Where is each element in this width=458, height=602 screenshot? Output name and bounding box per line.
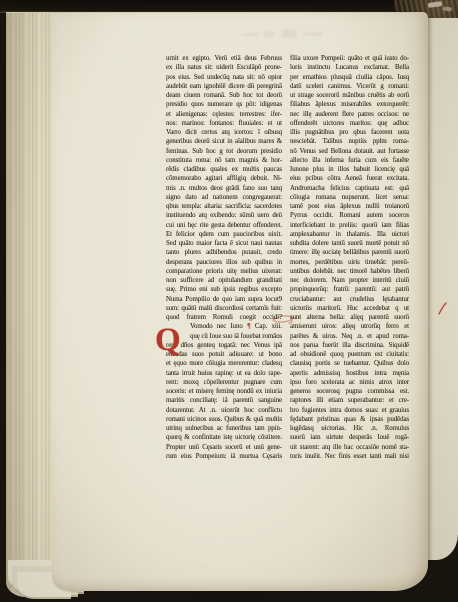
book-photo: Q urnit ex egipto. Verū etiā deus Februu… (0, 0, 458, 602)
text-line: allecto illa inferna furia cum eis fauēt… (290, 156, 409, 165)
text-line: raptores illi etiam superabantur: et cre… (290, 396, 409, 405)
text-line: parētes & uiros. Neq .n. et apud roma- (290, 332, 409, 341)
text-line: quę cū Ioue suo iā fouebat romāos (166, 332, 282, 341)
text-line: audebūt eam ignobilē dicere dū peregrinā (166, 82, 282, 91)
text-line: urnit ex egipto. Verū etiā deus Februus (166, 54, 282, 63)
text-line: fędabant pristinas quas & ipsas pudēdas (290, 415, 409, 424)
text-line: suę. Primo eni sub ipsis regibus excepto (166, 285, 282, 294)
text-line: romani uicinos suos. Quibus & quā multis (166, 415, 282, 424)
next-leaf-edge (425, 18, 458, 560)
text-line: et alienigenas: cęlestes: terrestres: if… (166, 110, 282, 119)
text-line: amiserunt uiros: alięq utrorūq ferro et (290, 322, 409, 331)
text-line: signo dato ad nationem congregauerat: (166, 193, 282, 202)
text-line: untibus dolebāt. nec timorē habētes libe… (290, 267, 409, 276)
text-line: sum: quātū malū discordiosi certamīs fui… (166, 304, 282, 313)
text-line: rerū dños genteq togatā: nec Venus ipā (166, 341, 282, 350)
text-line: et ęquo more cōiugia mererentur: cladesq (166, 359, 282, 368)
text-line: nō Venus sed Bellona dotauit. aut fortas… (290, 147, 409, 156)
text-line: quorq & confinitate istę uictorię cōstit… (166, 433, 282, 442)
text-line: Iunone plus in illos habuit licencię quā (290, 165, 409, 174)
text-line: nesciebāt. Talibus nuptiis pplm roma- (290, 137, 409, 146)
text-line: comparatione prioris uitę melius uixerat… (166, 267, 282, 276)
text-line: instituendo atq exibendo: sūmū uero deū (166, 211, 282, 220)
text-line: toris inuēit. Nec finis esset tanti mali… (290, 452, 409, 461)
fore-edge-page-stack (6, 12, 55, 597)
text-line: tanto plures adhibendos putauit, credo (166, 248, 282, 257)
text-line: ut strage socerorū mānibus cruētis ab eo… (290, 91, 409, 100)
text-line: illis pugnātibus pro qbus facerent uota (290, 128, 409, 137)
text-line: maritis conciliatę: iā parentū sanguine (166, 396, 282, 405)
text-line: rēdis cladibus quales ex multis paucas (166, 165, 282, 174)
text-line: nos parua fuerūt illa discrimina. Siquid… (290, 341, 409, 350)
text-line: rent: moxq cōpellerentur pugnare cum (166, 378, 282, 387)
text-line: cōmemorabo agitari affligiq debuit. Ni- (166, 174, 282, 183)
text-line: offenderēt uictores maritos: quę adhuc (290, 119, 409, 128)
text-line: qbus templa: altaria: sacrificia: sacerd… (166, 202, 282, 211)
text-line: interficiebant in preliis: quorū iam fil… (290, 221, 409, 230)
text-line: ad obsidionē quoq puentum est ciuitatis: (290, 350, 409, 359)
text-line: eius pcibus cōtra Aeneā fuerat excitata. (290, 174, 409, 183)
text-line: ex illa natus sit: uiderit Esculāpō pron… (166, 63, 282, 72)
text-line: lugēdasq uictorias. Hic .n. Romulus (290, 424, 409, 433)
text-line: nec illę auderent flere patres occisos: … (290, 110, 409, 119)
text-line: deam ciuem romanā. Sub hoc tot deorū (166, 91, 282, 100)
text-line: Propter unū Cęsaris socerū et unū gene- (166, 443, 282, 452)
text-line: generos socerosq pugna commissa est. (290, 387, 409, 396)
text-line: Sed quāto maior facta ē sicut naui nauta… (166, 239, 282, 248)
text-line: feminas. Sub hoc g tot deorum presidio (166, 147, 282, 156)
text-line: desperans pauciores illos sub quibus in (166, 258, 282, 267)
text-line: propinquorūq: fratrū: parentū: aut patrū (290, 285, 409, 294)
text-line: mis .n. multos deos grādi fano suo tanq (166, 184, 282, 193)
text-line: clausisq portis se tuebantur. Quibus dol… (290, 359, 409, 368)
text-line: uictoriis maritorū. Huc accedebat q ut (290, 304, 409, 313)
text-line: presidio quos numerare qs pōt: idigenas (166, 100, 282, 109)
text-line: soceris: et miserę feminę nondū ex iniur… (166, 387, 282, 396)
text-line: Pyrrus occidit. Romani autem soceros (290, 211, 409, 220)
text-line: Varro dicit certos atq icertos: ī oibusq (166, 128, 282, 137)
text-line: loris instinctu Lucanus exclamat. Bella (290, 63, 409, 72)
text-line: filia uxore Pompeii: quāto et quā iusto … (290, 54, 409, 63)
text-line: Vomodo nec Iuno ¶ Cap. xiii. (166, 322, 282, 331)
text-line: eneadas suos potuit adiuuare: ut bono (166, 350, 282, 359)
text-line: datū sceleri canimus. Vicerūt g romani: (290, 82, 409, 91)
text-line: timere: illę sociatę bellātibus parentū … (290, 248, 409, 257)
text-line: filiabus āplexus miserabiles extorquerēt… (290, 100, 409, 109)
text-line: bro fugientes intra domos suas: et graui… (290, 406, 409, 415)
rubric-paragraph-mark-icon: ¶ (247, 323, 251, 330)
text-line: Andromacha felicius captiuata est: quā (290, 184, 409, 193)
text-line: non sufficere ad opitulandum granditati (166, 276, 282, 285)
text-line: cruciabantur: aut crudelius lętabantur (290, 295, 409, 304)
text-line: ipso foro scelerata ac nimis atrox inter (290, 378, 409, 387)
text-line: tanta irruit huius rapinę: ut ea dolo ra… (166, 369, 282, 378)
text-line: pos eius. Sed undecūq nata sit: nō opior (166, 73, 282, 82)
text-line: nos: marinos: fontanos: fluuiales: et ut (166, 119, 282, 128)
text-column-right: filia uxore Pompeii: quāto et quā iusto … (290, 54, 409, 461)
text-line: suorū iam uirtute desperās Iouē rogā- (290, 433, 409, 442)
text-line: quod fratrem Romuli coegit occidi? (166, 313, 282, 322)
text-line: generibus deorū sicut in aīalibus mares … (166, 137, 282, 146)
text-line: Et felicior qdem cum paucioribus uixit. (166, 230, 282, 239)
text-line: mortes, perdētibus uiris timebāt: pereū- (290, 258, 409, 267)
text-line: constituta roma: nō tam magnis & hor- (166, 156, 282, 165)
text-line: cōiugia romana nupserunt. licet serua: (290, 193, 409, 202)
rubricated-initial-Q: Q (155, 320, 181, 360)
text-line: apertis admissisq hostibus intra męnia (290, 369, 409, 378)
text-line: utrinq uulneribus ac funeribus tam ppin- (166, 424, 282, 433)
text-line: rum eius Pompeium: iā mortua Cęsaris (166, 452, 282, 461)
red-margin-tick (437, 301, 449, 321)
faded-inscription (238, 25, 330, 43)
text-column-left: urnit ex egipto. Verū etiā deus Februuse… (166, 54, 282, 461)
text-line: subdita dolere tantū suorū mortē potuit … (290, 239, 409, 248)
text-line: Numa Pompilio de quo iam supra locut9 (166, 295, 282, 304)
text-line: tamē post eius āplexus nullū troianorū (290, 202, 409, 211)
text-line: nec dolorem. Nam propter interitū ciuiū (290, 276, 409, 285)
page-edge-fleck (443, 7, 452, 12)
text-line: sunt alterna bella: alięq parentū suorū (290, 313, 409, 322)
text-line: uit starent: atq ille hac occasiōe nomē … (290, 443, 409, 452)
text-line: dotarentur. At .n. uicerūt hoc conflictu (166, 406, 282, 415)
text-line: cui uni hęc rite gesta debentur offender… (166, 221, 282, 230)
text-line: per emathios plusquā ciuilia cāpos. Iusq (290, 73, 409, 82)
text-line: amplexabantur in thalamis. Illa uictori (290, 230, 409, 239)
